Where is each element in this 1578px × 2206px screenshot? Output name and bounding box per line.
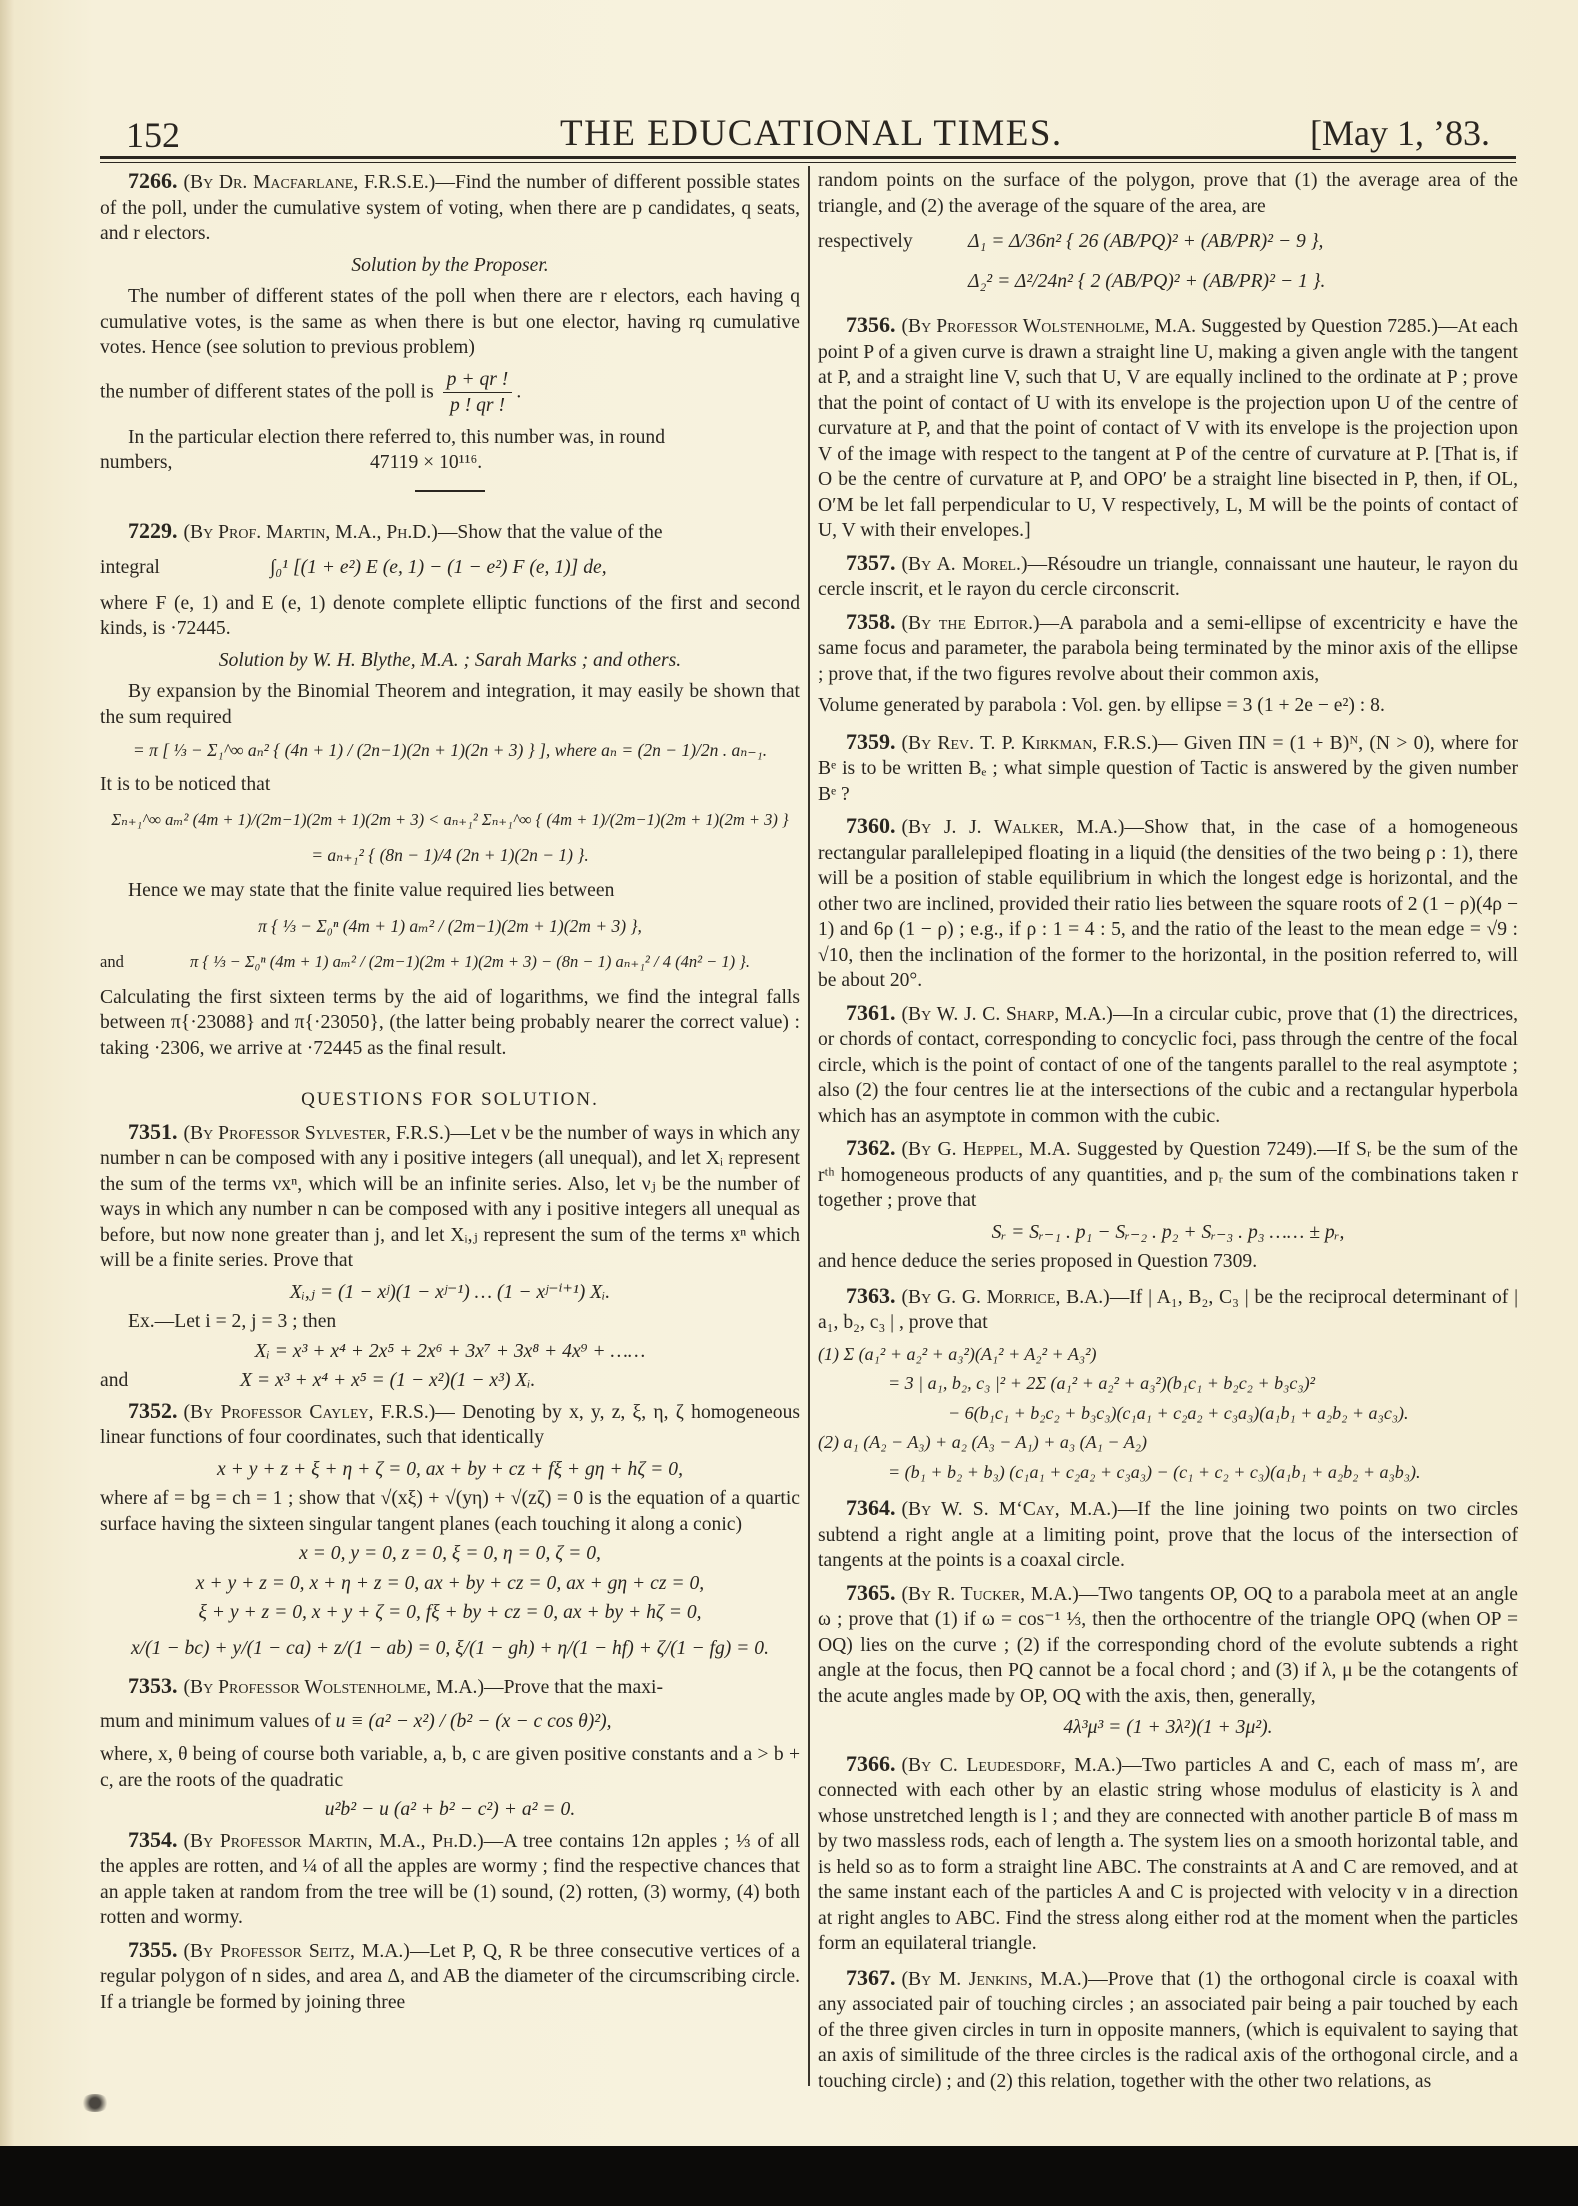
question-7365: 7365.(By R. Tucker, M.A.)—Two tangents O…: [818, 1580, 1518, 1710]
question-7266: 7266.(By Dr. Macfarlane, F.R.S.E.)—Find …: [100, 168, 800, 247]
question-number: 7361.: [846, 1000, 896, 1025]
equation: Xᵢ = x³ + x⁴ + 2x⁵ + 2x⁶ + 3x⁷ + 3x⁸ + 4…: [100, 1339, 800, 1365]
question-author: (By Professor Martin, M.A., Ph.D.): [184, 1831, 484, 1852]
equation: ξ + y + z = 0, x + y + ζ = 0, fξ + by + …: [100, 1600, 800, 1626]
formula-line: mum and minimum values of u ≡ (a² − x²) …: [100, 1709, 800, 1735]
equation: x + y + z + ξ + η + ζ = 0, ax + by + cz …: [100, 1457, 800, 1483]
fraction: p + qr ! p ! qr !: [443, 367, 513, 419]
question-author: (By Professor Seitz, M.A.): [184, 1941, 410, 1962]
question-7352: 7352.(By Professor Cayley, F.R.S.)— Deno…: [100, 1398, 800, 1451]
equation: u²b² − u (a² + b² − c²) + a² = 0.: [100, 1797, 800, 1823]
question-author: (By G. Heppel, M.A.: [902, 1139, 1071, 1160]
equation-line: respectivelyΔ₁ = Δ/36n² { 26 (AB/PQ)² + …: [818, 229, 1518, 255]
solution-paragraph: The number of different states of the po…: [100, 284, 800, 361]
question-7364: 7364.(By W. S. M‘Cay, M.A.)—If the line …: [818, 1495, 1518, 1574]
question-number: 7359.: [846, 729, 896, 754]
question-7229: 7229.(By Prof. Martin, M.A., Ph.D.)—Show…: [100, 518, 800, 546]
question-7355-continued: random points on the surface of the poly…: [818, 168, 1518, 219]
question-7359: 7359.(By Rev. T. P. Kirkman, F.R.S.)— Gi…: [818, 729, 1518, 808]
solution-paragraph: In the particular election there referre…: [100, 425, 800, 451]
example-text: Ex.—Let i = 2, j = 3 ; then: [100, 1309, 800, 1335]
equation: x = 0, y = 0, z = 0, ξ = 0, η = 0, ζ = 0…: [100, 1541, 800, 1567]
section-heading: QUESTIONS FOR SOLUTION.: [100, 1087, 800, 1113]
question-author: (By R. Tucker, M.A.): [902, 1584, 1079, 1605]
formula: u ≡ (a² − x²) / (b² − (x − c cos θ)²),: [336, 1711, 612, 1732]
solution-formula-line: the number of different states of the po…: [100, 367, 800, 419]
question-number: 7356.: [846, 312, 896, 337]
equation: = π [ ⅓ − Σ₁^∞ aₙ² { (4n + 1) / (2n−1)(2…: [100, 738, 800, 764]
equation: (2) a₁ (A₂ − A₃) + a₂ (A₃ − A₁) + a₃ (A₁…: [818, 1430, 1518, 1456]
solution-result: numbers,47119 × 10¹¹⁶.: [100, 450, 800, 476]
question-author: (By A. Morel.): [902, 554, 1028, 575]
question-text: —Show that, in the case of a homogeneous…: [818, 817, 1518, 991]
question-7353: 7353.(By Professor Wolstenholme, M.A.)—P…: [100, 1673, 800, 1701]
question-number: 7354.: [128, 1827, 178, 1852]
header-rule-thick: [100, 156, 1516, 159]
question-author: (By Professor Sylvester, F.R.S.): [184, 1123, 451, 1144]
equation-label: respectively: [818, 229, 968, 255]
question-author: (By W. J. C. Sharp, M.A.): [902, 1004, 1113, 1025]
question-7360: 7360.(By J. J. Walker, M.A.)—Show that, …: [818, 813, 1518, 994]
question-7354: 7354.(By Professor Martin, M.A., Ph.D.)—…: [100, 1827, 800, 1931]
question-text: mum and minimum values of: [100, 1711, 331, 1732]
integral-line: integral∫₀¹ [(1 + e²) E (e, 1) − (1 − e²…: [100, 555, 800, 581]
result-label: numbers,: [100, 450, 370, 476]
equation: π { ⅓ − Σ₀ⁿ (4m + 1) aₘ² / (2m−1)(2m + 1…: [190, 952, 750, 971]
question-number: 7363.: [846, 1283, 896, 1308]
equation: x/(1 − bc) + y/(1 − ca) + z/(1 − ab) = 0…: [100, 1636, 800, 1662]
question-author: (By Professor Wolstenholme, M.A.): [184, 1677, 484, 1698]
question-author: (By Dr. Macfarlane, F.R.S.E.): [184, 172, 436, 193]
equation: Volume generated by parabola : Vol. gen.…: [818, 693, 1518, 719]
solution-paragraph: It is to be noticed that: [100, 772, 800, 798]
question-7363: 7363.(By G. G. Morrice, B.A.)—If | A₁, B…: [818, 1283, 1518, 1336]
left-column: 7266.(By Dr. Macfarlane, F.R.S.E.)—Find …: [100, 168, 800, 2021]
fraction-numerator: p + qr !: [443, 367, 513, 394]
equation: x + y + z = 0, x + η + z = 0, ax + by + …: [100, 1571, 800, 1597]
equation-line: andX = x³ + x⁴ + x⁵ = (1 − x²)(1 − x³) X…: [100, 1368, 800, 1394]
equation-label: and: [100, 949, 190, 975]
equation: Δ₁ = Δ/36n² { 26 (AB/PQ)² + (AB/PR)² − 9…: [968, 231, 1323, 252]
solution-heading: Solution by the Proposer.: [100, 253, 800, 279]
question-number: 7358.: [846, 609, 896, 634]
question-author: (By W. S. M‘Cay, M.A.): [902, 1499, 1118, 1520]
question-text: and hence deduce the series proposed in …: [818, 1249, 1518, 1275]
question-number: 7364.: [846, 1495, 896, 1520]
question-text: —Show that the value of the: [438, 522, 663, 543]
question-author: (By C. Leudesdorf, M.A.): [902, 1755, 1123, 1776]
question-number: 7357.: [846, 550, 896, 575]
question-text: —Two particles A and C, each of mass m′,…: [818, 1755, 1518, 1955]
question-author: (By the Editor.): [902, 613, 1040, 634]
question-7355: 7355.(By Professor Seitz, M.A.)—Let P, Q…: [100, 1937, 800, 2016]
column-divider: [808, 166, 810, 2086]
question-number: 7351.: [128, 1119, 178, 1144]
header-rule-thin: [100, 162, 1516, 163]
equation: = 3 | a₁, b₂, c₃ |² + 2Σ (a₁² + a₂² + a₃…: [888, 1371, 1518, 1397]
question-number: 7353.: [128, 1673, 178, 1698]
equation: Sᵣ = Sᵣ₋₁ . p₁ − Sᵣ₋₂ . p₂ + Sᵣ₋₃ . p₃ ……: [818, 1220, 1518, 1246]
question-text: —Let ν be the number of ways in which an…: [100, 1123, 800, 1272]
question-author: (By M. Jenkins, M.A.): [902, 1969, 1089, 1990]
result-value: 47119 × 10¹¹⁶.: [370, 452, 482, 473]
question-7356: 7356.(By Professor Wolstenholme, M.A. Su…: [818, 312, 1518, 544]
journal-title: THE EDUCATIONAL TIMES.: [560, 112, 1063, 155]
question-text: Suggested by Question 7285.)—At each poi…: [818, 316, 1518, 541]
question-text: where, x, θ being of course both variabl…: [100, 1742, 800, 1793]
question-author: (By Professor Wolstenholme, M.A.: [902, 316, 1197, 337]
fraction-denominator: p ! qr !: [443, 393, 513, 419]
integral-expression: ∫₀¹ [(1 + e²) E (e, 1) − (1 − e²) F (e, …: [270, 557, 607, 578]
question-7351: 7351.(By Professor Sylvester, F.R.S.)—Le…: [100, 1119, 800, 1274]
equation: Σₙ₊₁^∞ aₘ² (4m + 1)/(2m−1)(2m + 1)(2m + …: [100, 807, 800, 833]
question-7361: 7361.(By W. J. C. Sharp, M.A.)—In a circ…: [818, 1000, 1518, 1130]
question-number: 7360.: [846, 813, 896, 838]
solution-heading: Solution by W. H. Blythe, M.A. ; Sarah M…: [100, 648, 800, 674]
question-number: 7266.: [128, 168, 178, 193]
question-7362: 7362.(By G. Heppel, M.A. Suggested by Qu…: [818, 1135, 1518, 1214]
page-number: 152: [126, 114, 180, 156]
question-7366: 7366.(By C. Leudesdorf, M.A.)—Two partic…: [818, 1751, 1518, 1957]
integral-label: integral: [100, 555, 270, 581]
equation-line: andπ { ⅓ − Σ₀ⁿ (4m + 1) aₘ² / (2m−1)(2m …: [100, 949, 800, 975]
question-7358: 7358.(By the Editor.)—A parabola and a s…: [818, 609, 1518, 688]
equation: X = x³ + x⁴ + x⁵ = (1 − x²)(1 − x³) Xᵢ.: [240, 1370, 535, 1391]
equation: 4λ³μ³ = (1 + 3λ²)(1 + 3μ²).: [818, 1715, 1518, 1741]
question-author: (By Prof. Martin, M.A., Ph.D.): [184, 522, 438, 543]
issue-date: [May 1, ’83.: [1310, 112, 1490, 154]
equation: π { ⅓ − Σ₀ⁿ (4m + 1) aₘ² / (2m−1)(2m + 1…: [100, 914, 800, 940]
question-number: 7362.: [846, 1135, 896, 1160]
page-header: 152 THE EDUCATIONAL TIMES. [May 1, ’83.: [120, 108, 1520, 158]
solution-paragraph: By expansion by the Binomial Theorem and…: [100, 679, 800, 730]
equation: Δ₂² = Δ²/24n² { 2 (AB/PQ)² + (AB/PR)² − …: [968, 269, 1518, 295]
equation: − 6(b₁c₁ + b₂c₂ + b₃c₃)(c₁a₁ + c₂a₂ + c₃…: [948, 1401, 1518, 1427]
page-edge-shadow: [0, 0, 14, 2146]
question-text: —Prove that the maxi-: [484, 1677, 663, 1698]
equation: = aₙ₊₁² { (8n − 1)/4 (2n + 1)(2n − 1) }.: [100, 843, 800, 869]
solution-paragraph: Hence we may state that the finite value…: [100, 878, 800, 904]
equation: (1) Σ (a₁² + a₂² + a₃²)(A₁² + A₂² + A₃²): [818, 1342, 1518, 1368]
newspaper-page: 152 THE EDUCATIONAL TIMES. [May 1, ’83. …: [0, 0, 1578, 2146]
equation-label: and: [100, 1368, 240, 1394]
question-author: (By G. G. Morrice, B.A.): [902, 1287, 1110, 1308]
scan-bottom-border: [0, 2146, 1578, 2206]
question-number: 7352.: [128, 1398, 178, 1423]
question-author: (By Rev. T. P. Kirkman, F.R.S.): [902, 733, 1159, 754]
question-text: where af = bg = ch = 1 ; show that √(xξ)…: [100, 1486, 800, 1537]
solution-paragraph: Calculating the first sixteen terms by t…: [100, 985, 800, 1062]
question-author: (By J. J. Walker, M.A.): [902, 817, 1125, 838]
question-author: (By Professor Cayley, F.R.S.): [184, 1402, 436, 1423]
right-column: random points on the surface of the poly…: [818, 168, 1518, 2100]
question-number: 7229.: [128, 518, 178, 543]
section-separator: [415, 490, 485, 492]
equation: Xᵢ,ⱼ = (1 − xʲ)(1 − xʲ⁻¹) … (1 − xʲ⁻ⁱ⁺¹)…: [100, 1280, 800, 1306]
question-7367: 7367.(By M. Jenkins, M.A.)—Prove that (1…: [818, 1965, 1518, 2095]
question-text: where F (e, 1) and E (e, 1) denote compl…: [100, 591, 800, 642]
question-number: 7355.: [128, 1937, 178, 1962]
question-number: 7367.: [846, 1965, 896, 1990]
formula-prefix: the number of different states of the po…: [100, 381, 434, 402]
question-7357: 7357.(By A. Morel.)—Résoudre un triangle…: [818, 550, 1518, 603]
ink-blot: [80, 2094, 110, 2112]
question-number: 7366.: [846, 1751, 896, 1776]
question-number: 7365.: [846, 1580, 896, 1605]
equation: = (b₁ + b₂ + b₃) (c₁a₁ + c₂a₂ + c₃a₃) − …: [888, 1460, 1518, 1486]
